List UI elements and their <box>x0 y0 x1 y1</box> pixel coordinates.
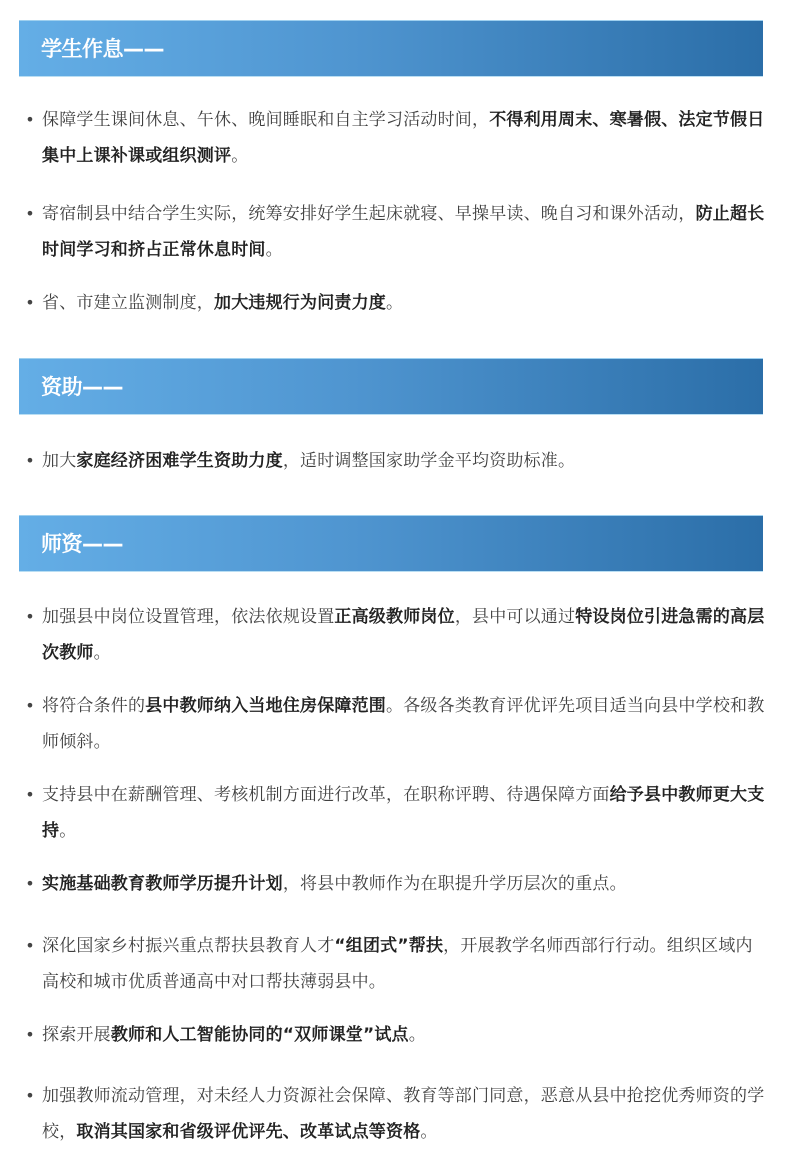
list-item-text: 探索开展教师和人工智能协同的“双师课堂”试点。 <box>42 1017 766 1053</box>
emphasis-text: 家庭经济困难学生资助力度 <box>76 451 282 471</box>
body-text: 支持县中在薪酬管理、考核机制方面进行改革，在职称评聘、待遇保障方面 <box>42 785 610 805</box>
section-title: 师资—— <box>41 529 123 559</box>
body-text: ，县中可以通过 <box>455 607 575 627</box>
body-text: 。 <box>409 1025 426 1045</box>
bullet-icon: • <box>20 1017 40 1053</box>
list-item-text: 支持县中在薪酬管理、考核机制方面进行改革，在职称评聘、待遇保障方面给予县中教师更… <box>42 777 766 849</box>
body-text: 。 <box>231 146 248 166</box>
list-item: •加强县中岗位设置管理，依法依规设置正高级教师岗位，县中可以通过特设岗位引进急需… <box>20 599 766 671</box>
bullet-icon: • <box>20 102 40 138</box>
list-item: •探索开展教师和人工智能协同的“双师课堂”试点。 <box>20 1017 766 1053</box>
body-text: 。 <box>94 643 111 663</box>
list-item: •实施基础教育教师学历提升计划，将县中教师作为在职提升学历层次的重点。 <box>20 866 766 902</box>
bullet-icon: • <box>20 866 40 902</box>
list-item: •加强教师流动管理，对未经人力资源社会保障、教育等部门同意，恶意从县中抢挖优秀师… <box>20 1078 766 1150</box>
body-text: 加强县中岗位设置管理，依法依规设置 <box>42 607 334 627</box>
list-item-text: 实施基础教育教师学历提升计划，将县中教师作为在职提升学历层次的重点。 <box>42 866 766 902</box>
bullet-icon: • <box>20 443 40 479</box>
list-item: •保障学生课间休息、午休、晚间睡眠和自主学习活动时间，不得利用周末、寒暑假、法定… <box>20 102 766 174</box>
emphasis-text: 实施基础教育教师学历提升计划 <box>42 874 283 894</box>
bullet-icon: • <box>20 928 40 964</box>
section-header-financial-aid: 资助—— <box>19 358 763 415</box>
list-item-text: 加强教师流动管理，对未经人力资源社会保障、教育等部门同意，恶意从县中抢挖优秀师资… <box>42 1078 766 1150</box>
body-text: ，将县中教师作为在职提升学历层次的重点。 <box>283 874 627 894</box>
body-text: 。 <box>420 1122 437 1142</box>
list-item-text: 深化国家乡村振兴重点帮扶县教育人才“组团式”帮扶，开展教学名师西部行行动。组织区… <box>42 928 766 1000</box>
body-text: 。 <box>59 821 76 841</box>
list-item: •支持县中在薪酬管理、考核机制方面进行改革，在职称评聘、待遇保障方面给予县中教师… <box>20 777 766 849</box>
emphasis-text: 正高级教师岗位 <box>334 607 454 627</box>
list-item-text: 省、市建立监测制度，加大违规行为问责力度。 <box>42 285 766 321</box>
body-text: 将符合条件的 <box>42 696 145 716</box>
list-item: •加大家庭经济困难学生资助力度，适时调整国家助学金平均资助标准。 <box>20 443 766 479</box>
emphasis-text: 取消其国家和省级评优评先、改革试点等资格 <box>76 1122 420 1142</box>
emphasis-text: 县中教师纳入当地住房保障范围 <box>145 696 386 716</box>
section-header-student-schedule: 学生作息—— <box>19 20 763 77</box>
list-item: •深化国家乡村振兴重点帮扶县教育人才“组团式”帮扶，开展教学名师西部行行动。组织… <box>20 928 766 1000</box>
bullet-icon: • <box>20 688 40 724</box>
body-text: 加大 <box>42 451 76 471</box>
section-title: 学生作息—— <box>41 34 164 64</box>
section-header-teachers: 师资—— <box>19 515 763 572</box>
list-item-text: 寄宿制县中结合学生实际，统筹安排好学生起床就寝、早操早读、晚自习和课外活动，防止… <box>42 196 766 268</box>
emphasis-text: “组团式”帮扶 <box>334 936 443 956</box>
section-title: 资助—— <box>41 372 123 402</box>
bullet-icon: • <box>20 599 40 635</box>
emphasis-text: 加大违规行为问责力度 <box>214 293 386 313</box>
body-text: 寄宿制县中结合学生实际，统筹安排好学生起床就寝、早操早读、晚自习和课外活动， <box>42 204 696 224</box>
body-text: 省、市建立监测制度， <box>42 293 214 313</box>
body-text: 探索开展 <box>42 1025 111 1045</box>
list-item: •将符合条件的县中教师纳入当地住房保障范围。各级各类教育评优评先项目适当向县中学… <box>20 688 766 760</box>
bullet-icon: • <box>20 196 40 232</box>
body-text: 。 <box>386 293 403 313</box>
body-text: 。 <box>266 240 283 260</box>
list-item-text: 加大家庭经济困难学生资助力度，适时调整国家助学金平均资助标准。 <box>42 443 766 479</box>
list-item-text: 保障学生课间休息、午休、晚间睡眠和自主学习活动时间，不得利用周末、寒暑假、法定节… <box>42 102 766 174</box>
list-item-text: 加强县中岗位设置管理，依法依规设置正高级教师岗位，县中可以通过特设岗位引进急需的… <box>42 599 766 671</box>
body-text: ，适时调整国家助学金平均资助标准。 <box>283 451 575 471</box>
list-item-text: 将符合条件的县中教师纳入当地住房保障范围。各级各类教育评优评先项目适当向县中学校… <box>42 688 766 760</box>
bullet-icon: • <box>20 285 40 321</box>
list-item: •省、市建立监测制度，加大违规行为问责力度。 <box>20 285 766 321</box>
body-text: 保障学生课间休息、午休、晚间睡眠和自主学习活动时间， <box>42 110 489 130</box>
list-item: •寄宿制县中结合学生实际，统筹安排好学生起床就寝、早操早读、晚自习和课外活动，防… <box>20 196 766 268</box>
bullet-icon: • <box>20 777 40 813</box>
bullet-icon: • <box>20 1078 40 1114</box>
body-text: 深化国家乡村振兴重点帮扶县教育人才 <box>42 936 334 956</box>
emphasis-text: 教师和人工智能协同的“双师课堂”试点 <box>111 1025 409 1045</box>
